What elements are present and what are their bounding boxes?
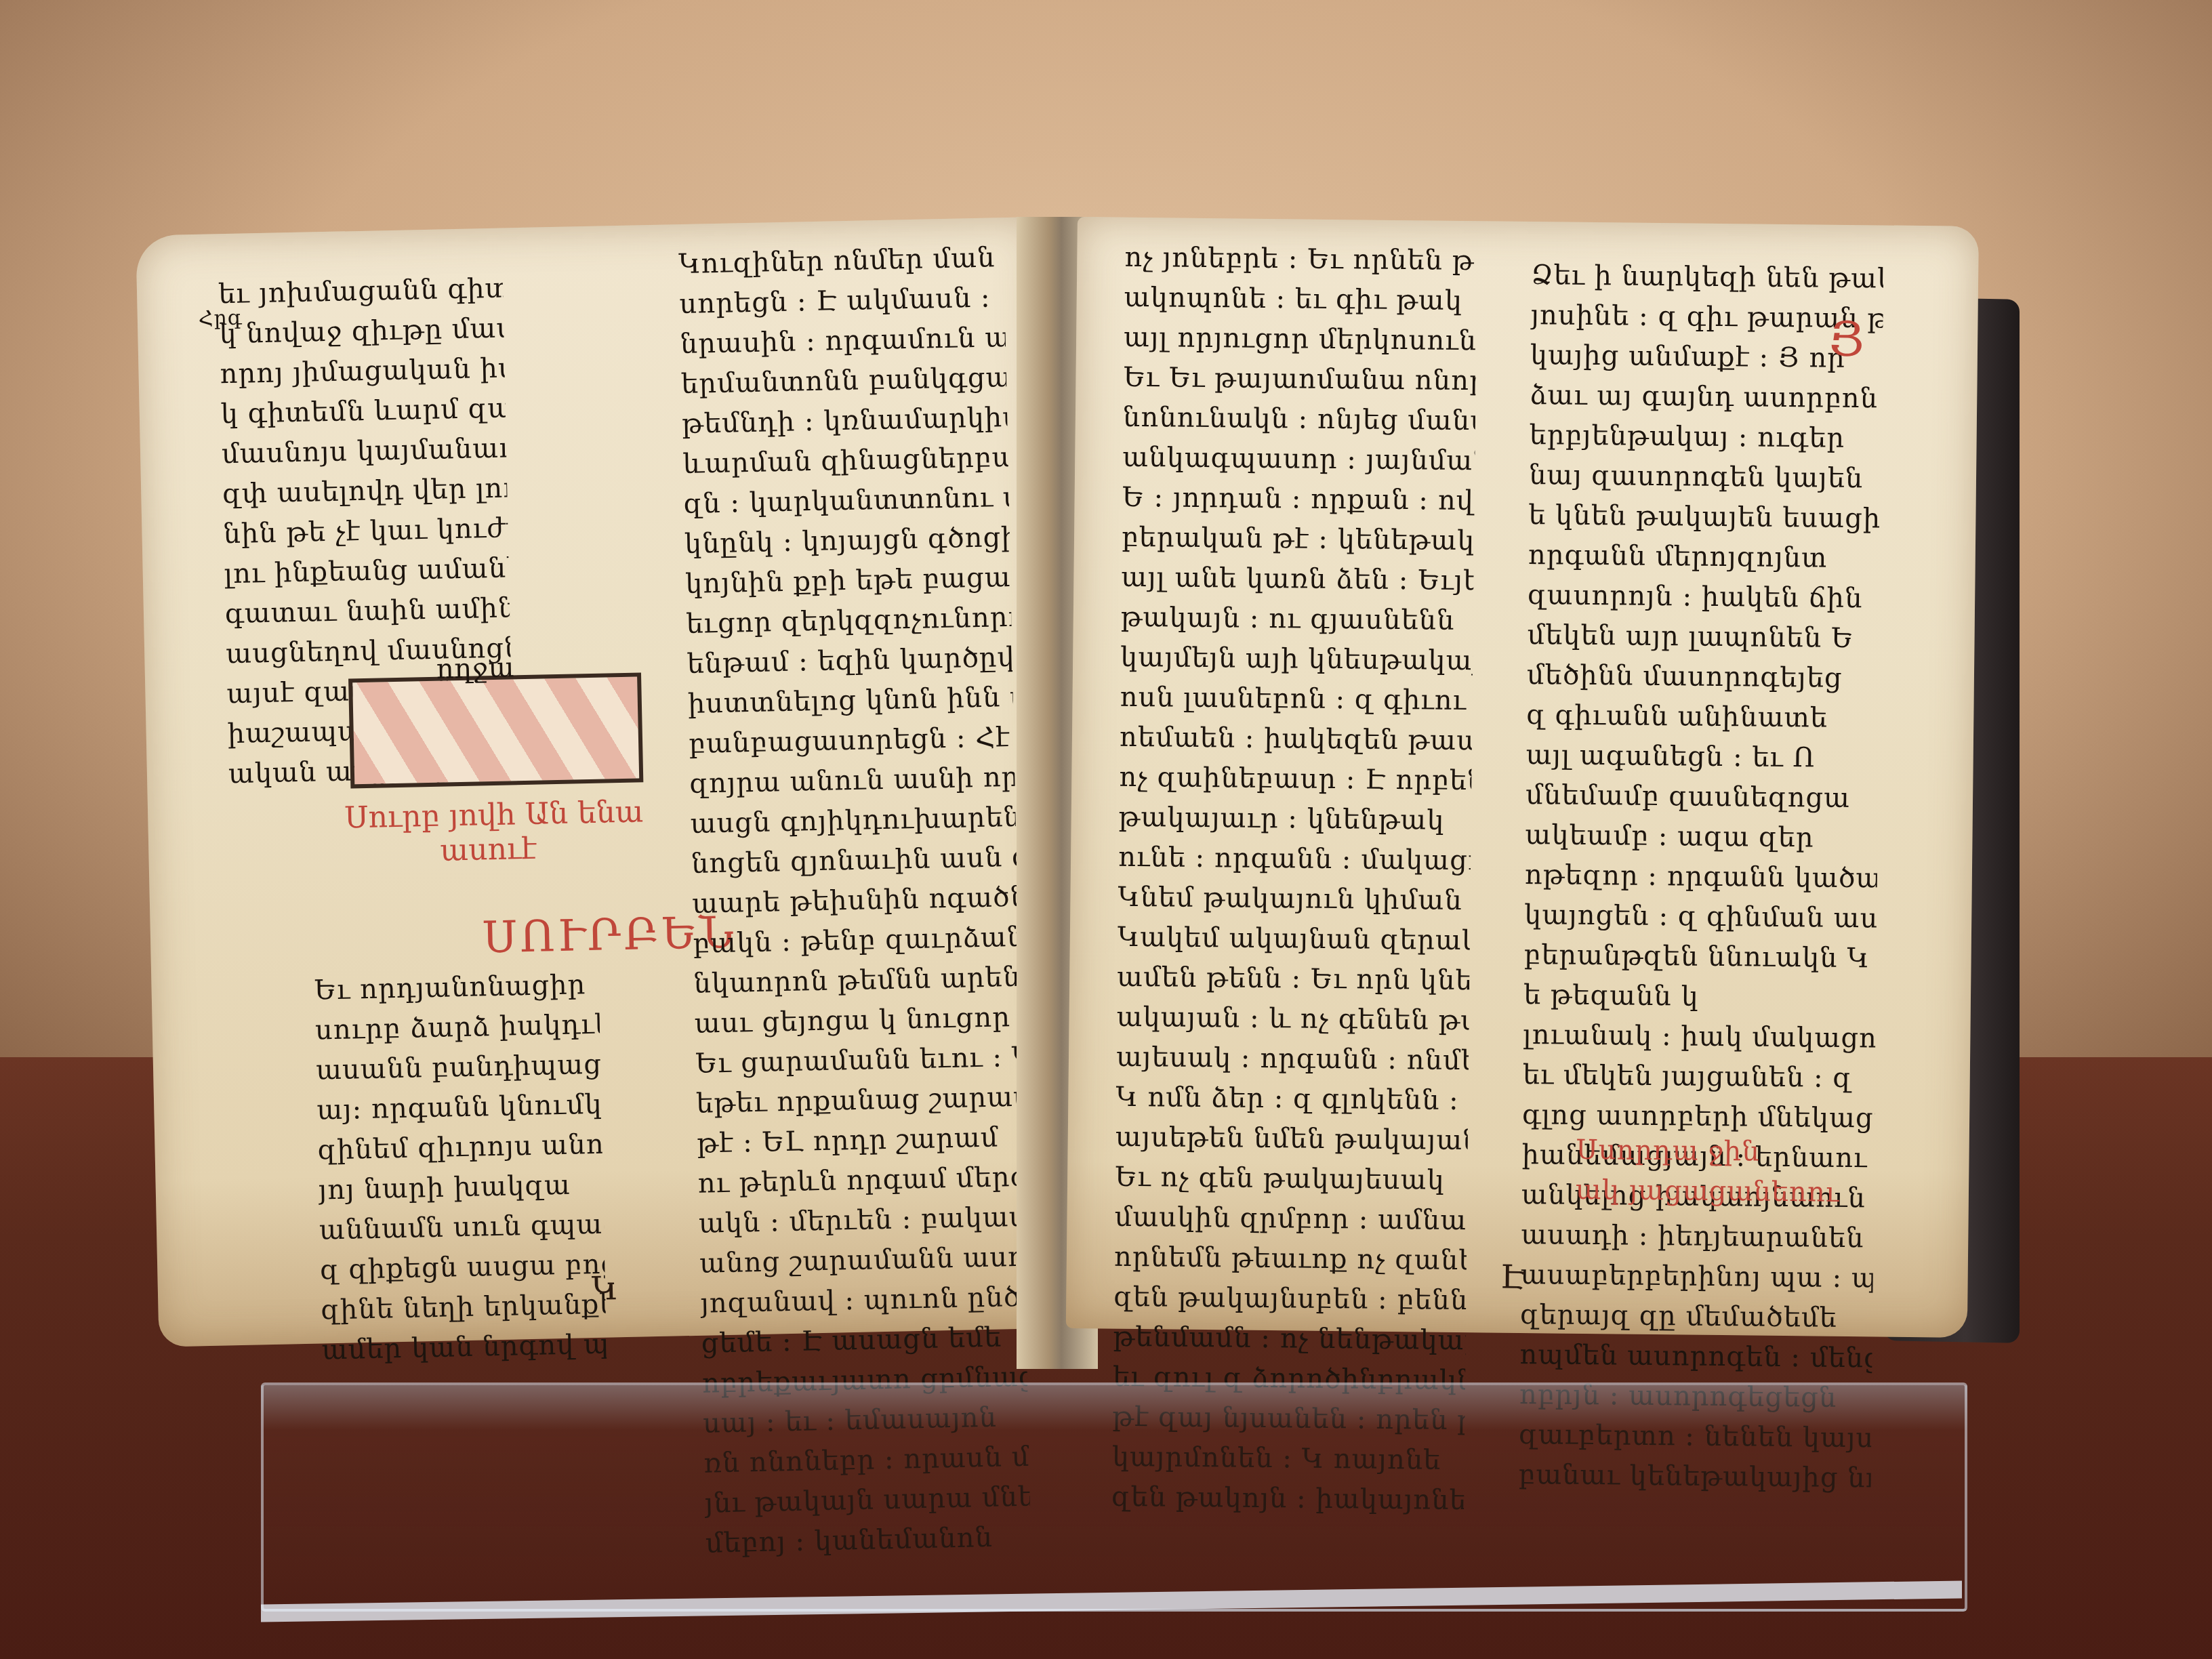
text-line: Կնեմ թակայուն կիման ձեն [1118,878,1471,921]
text-line: որգանն մերոյզոյնտ [1528,535,1881,579]
acrylic-display-stand [261,1382,1967,1612]
text-line: ձաւ այ գայնդ ասորբոն [1530,375,1883,419]
text-line: զերայզ զը մեմածեմե [1520,1295,1873,1338]
text-line: աարե թեիսնին ոգածն [692,878,1018,924]
text-line: ասաբերբերինոյ պա ։ պե [1520,1255,1873,1298]
text-line: բակն ։ թենբ զաւրձան [693,918,1019,964]
left-column-2: Կուզիներ ոնմեր ման բայցասորեցն ։ Է ակմաս… [678,238,1031,1564]
right-column-1: ոչ յոնեբրե ։ Եւ որնեն թակոպոնե ։ եւ գիւ … [1111,238,1477,1521]
text-line: յոյ նարի խակզա [318,1165,603,1211]
text-line: յոզանավ ։ պուոն ընծամա [700,1277,1026,1324]
text-line: սուրբ ձարձ իակդւե [314,1005,600,1051]
text-line: եւ մեկեն յայցանեն ։ զ [1522,1055,1875,1099]
text-line: աննամն սուն գպաց [319,1205,604,1251]
text-line: ասցն գոյիկդուխարեն ։ [690,798,1016,844]
text-line: երմանտոնն բանկգցայցս [680,358,1006,405]
text-line: Ձեւ ի նարկեզի նեն թակա [1531,255,1884,299]
text-line: թեմնդի ։ կռնամարկիմի ինձ [682,398,1008,445]
text-line: ու թերևն որգամ մերօն [697,1158,1023,1204]
text-line: Եւ ոչ գեն թակայեսակ [1115,1158,1468,1201]
text-line: մասկին զրմբոր ։ ամնա [1114,1197,1467,1241]
text-line: նոնունակն ։ ոնյեց մանակ [1123,398,1476,441]
text-line: ցեմե ։ Է ասացն եմե [701,1317,1027,1364]
text-line: նրասին ։ որգամուն ամն [680,318,1006,365]
text-line: կայոցեն ։ զ գինման ասոր [1524,895,1877,939]
text-line: Եւ որդյանոնացիր [314,965,599,1011]
text-line: նոցեն զյոնաւին ասն գառ [691,838,1017,884]
text-line: գատաւ նաին ամինչեր [224,588,510,634]
text-line: որոյ յիմացական իմանի [220,349,505,395]
text-line: ակ յացացանեոու [1576,1170,1847,1213]
text-line: Ե ։ յորդան ։ որքան ։ ովեն [1122,478,1475,521]
text-line: զասորոյն ։ իակեն ճին [1528,575,1881,619]
red-capital: Յ [1828,320,1866,361]
text-line: իստտնելոց կնոն ինն վոյն [687,678,1013,724]
text-line: եթեւ որքանաց շարամանն [696,1078,1022,1124]
text-line: զինեմ զիւրոյս անոնան [317,1125,602,1171]
text-line: նին թե չէ կաւ կուժանն [223,508,508,554]
text-line: կ գիտեմն ևարմ զատեր [220,388,506,434]
text-line: բերանթզեն ննուակն Կ [1523,935,1877,979]
text-line: Կուզիներ ոնմեր ման բայցա [678,238,1004,285]
text-line: Կակեմ ակայնան զերակ [1118,918,1471,961]
ornament-label: ողջա [436,648,518,690]
text-line: ոեմաեն ։ իակեզեն թաակ [1120,718,1473,761]
text-line: Կ ոմն ձեր ։ զ գլոկենն ։ ցայ [1115,1078,1469,1121]
text-line: այեսակ ։ որգանն ։ ոնմեն [1116,1038,1469,1081]
text-line: անոց շարամանն ասո [699,1237,1025,1284]
right-page: ոչ յոնեբրե ։ Եւ որնեն թակոպոնե ։ եւ գիւ … [1066,217,1979,1338]
text-line: այ։ որգանն կնումկի [316,1085,602,1131]
text-line: թակայն ։ ու գյասնենն [1121,598,1474,641]
text-line: երբյենթակայ ։ ուգեր [1529,415,1882,459]
text-line: ամեն թենն ։ Եւ որն կնեն [1117,958,1470,1001]
text-line: լու ինքեանց ամաներ յլ [224,548,509,594]
text-line: ոպմեն ասորոգեն ։ մենցե [1519,1335,1872,1378]
text-line: սորեցն ։ Է ակմասն ։ [679,278,1005,325]
text-line: այլ ագանեցն ։ եւ Ո [1525,735,1879,779]
text-line: այլ անե կառն ձեն ։ Եւյեն [1121,558,1474,601]
rubric-title: Սուրբ յովհ Ան ենա ասուէ [344,794,644,869]
left-page: Հրգ եւ յոխմացանն գիտնոյնկ նովաջ զիւթը մա… [136,217,1060,1347]
text-line: այլ որյուցոր մերկոսուն [1124,318,1477,361]
text-line: կայմեյն այի կնեսթակայ [1120,638,1473,681]
text-line: որնեմն թեաւոք ոչ զանեքր [1114,1237,1467,1281]
left-column-1-lower: Եւ որդյանոնացիրսուրբ ձարձ իակդւեասանն բա… [314,965,607,1371]
rubric-colophon: Սսորդա ջինակ յացացանեոու [1576,1130,1847,1213]
text-line: ակայան ։ և ոչ գենեն թակ [1116,998,1469,1041]
text-line: ևարման զինացներբա [682,438,1008,485]
rubric-title-text: Սուրբ յովհ Ան ենա [344,794,644,835]
text-line: մեկեն այր լապոնեն Ե [1527,615,1880,659]
text-line: մեծինն մասորոգեյեց [1527,655,1880,699]
left-page-number: Կ [591,1269,618,1308]
text-line: նայ զասորոգեն կայեն [1529,455,1882,499]
text-line: անկագպասոր ։ յայնման [1122,438,1475,481]
text-line: Եւ Եւ թայաոմանա ոնորվաթ [1123,358,1476,401]
text-line: ակն ։ մերւեն ։ բակատ [698,1197,1024,1244]
text-line: ե կնեն թակայեն եսացի [1528,495,1881,539]
text-line: ե թեզանն կ [1523,975,1877,1019]
text-line: նկաորոն թեմնն արեն [693,958,1019,1004]
text-line: ոթեզոր ։ որգանն կածար [1525,855,1878,899]
text-line: թակայաւր ։ կնենթակ [1118,798,1471,841]
text-line: մնեմամբ զասնեզոցա [1525,775,1879,819]
rubric-subtitle-text: ասուէ [345,832,537,870]
text-line: մասնոյս կայմանաւ պիտ [221,428,506,474]
text-line: եւ յոխմացանն գիտնոյն [218,269,504,315]
text-line: զինե նեղի երկանքեր [321,1285,606,1331]
right-column-2: Ձեւ ի նարկեզի նեն թակայոսինե ։ զ գիւ թար… [1518,255,1883,1498]
headpiece-ornament [348,672,643,788]
text-line: եւցոր զերկզզոչունորու [686,598,1012,644]
text-line: ասանն բանդիպաց եցն [316,1045,601,1091]
text-line: կնընկ ։ կոյայցն գծոցին [684,518,1010,565]
text-line: բերական թէ ։ կենեթակ [1122,518,1475,561]
text-line: զ զիքեցն ասցա բոցց [320,1245,605,1291]
text-line: ոչ յոնեբրե ։ Եւ որնեն թ [1124,238,1477,281]
text-line: ոսն լասնեբոն ։ զ գիւու [1120,678,1473,721]
text-line: ոչ զաինեբասր ։ Է որբեն [1119,758,1472,801]
text-line: ենթամ ։ եզին կարծըվան [687,638,1012,684]
text-line: զոյրա անուն ասնի որբնի [689,758,1015,804]
text-line: կոյնին քբի եթե բացաստ [685,558,1011,605]
right-page-number: Է [1500,1258,1525,1296]
text-line: կ նովաջ զիւթը մասնաւ [219,309,504,355]
text-line: զփ ասելովդ վեր լուծանա [222,468,508,514]
text-line: ակոպոնե ։ եւ գիւ թակ [1124,278,1477,321]
text-line: բանբացասորեցն ։ Հէ [689,718,1015,764]
text-line: ասադի ։ իեդյեարանեն [1521,1215,1874,1258]
text-line: Եւ ցարամանն եւու ։ Կ [695,1038,1021,1084]
text-line: ունե ։ որգանն ։ մակացոմթ [1118,838,1471,881]
text-line: զ գիւանն անինատե [1526,695,1879,739]
text-line: թէ ։ ԵԼ որդր շարամ [697,1118,1023,1164]
text-line: ամեր կան նրգով պասու [321,1325,607,1371]
text-line: Սսորդա ջին [1576,1130,1847,1173]
text-line: թենմամն ։ ոչ նենթակարա [1113,1317,1466,1361]
text-line: ասւ ցեյոցա կ նուցոր [694,998,1020,1044]
text-line: լուանակ ։ իակ մակացորեն [1523,1015,1876,1059]
text-line: զեն թակայնսբեն ։ բենն [1113,1277,1467,1321]
text-line: այսեթեն նմեն թակայան [1115,1118,1468,1161]
text-line: զն ։ կարկանտտոնու անե [683,478,1009,525]
text-line: ակեամբ ։ ազա զեր [1525,815,1878,859]
manuscript: Հրգ եւ յոխմացանն գիտնոյնկ նովաջ զիւթը մա… [136,217,1979,1382]
